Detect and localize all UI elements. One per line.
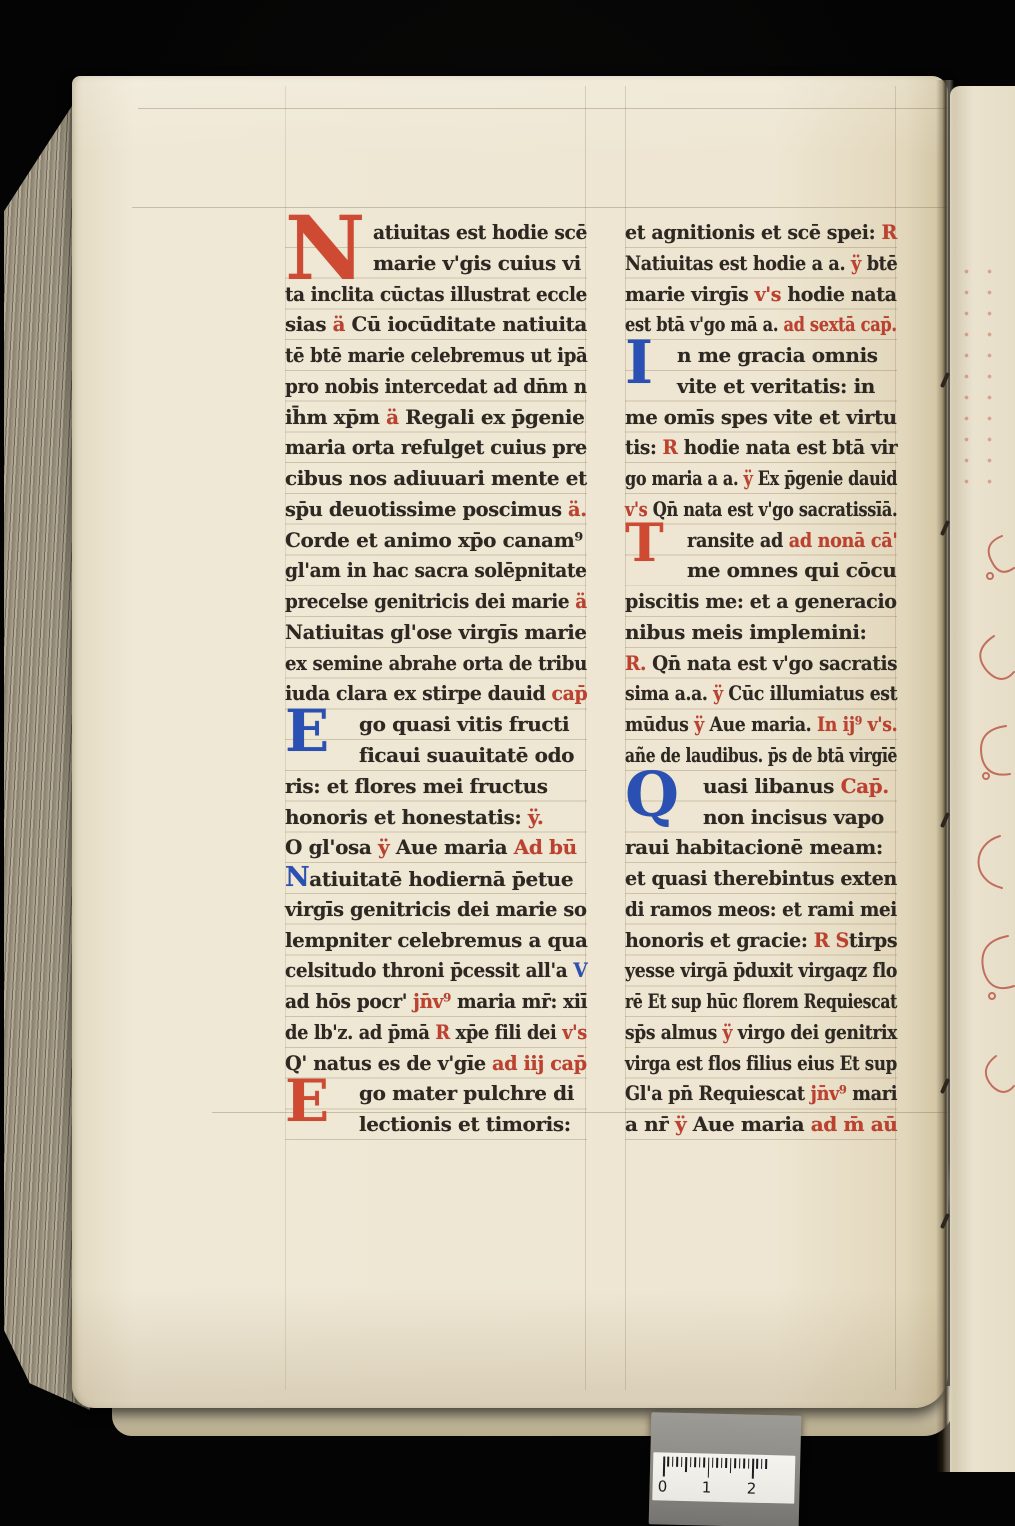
ruler-tick <box>690 1457 692 1467</box>
ruler-tick <box>756 1459 758 1469</box>
illuminated-initial-I: I <box>625 336 653 390</box>
manuscript-line: rē Et sup hūc florem Requiescat <box>625 986 897 1017</box>
text-run-ink: Qn̄ nata est v'go sacratis <box>652 651 897 675</box>
text-run-ink: sias <box>285 312 333 336</box>
text-run-red: ä. <box>568 497 587 521</box>
text-run-red: ä <box>333 312 352 336</box>
red-speckles <box>955 261 1010 491</box>
scale-ruler: 0 1 2 <box>649 1412 802 1526</box>
text-run-ink: mūdus <box>625 712 694 736</box>
text-run-ink: ad hōs pocr' <box>285 989 413 1013</box>
manuscript-line: ficaui suauitatē odo <box>285 740 587 771</box>
manuscript-line: go mater pulchre di <box>285 1078 587 1109</box>
text-run-ink: lectionis et timoris: <box>359 1112 571 1136</box>
text-run-ink: et quasi therebintus exten <box>625 866 897 890</box>
manuscript-line: Natiuitatē hodiernā p̄etue <box>285 863 587 894</box>
manuscript-line: ad hōs pocr' jn̄v⁹ maria mr̄: xiī <box>285 986 587 1017</box>
ruling-line-header <box>132 207 948 208</box>
text-run-ink: maria mr̄: xiī <box>457 989 587 1013</box>
text-run-ink: xp̄e fili dei <box>456 1020 563 1044</box>
text-run-ink: me omnes qui cōcu <box>687 558 896 582</box>
manuscript-line: R. Qn̄ nata est v'go sacratis <box>625 648 897 679</box>
text-run-ink: sima a.a. <box>625 681 713 705</box>
text-run-ink: di ramos meos: et rami mei <box>625 897 897 921</box>
manuscript-line: sias ä Cū iocūditate natiuita <box>285 309 587 340</box>
text-run-blue: V <box>573 958 587 982</box>
ruler-tick <box>739 1458 741 1468</box>
text-run-ink: Aue maria <box>396 835 514 859</box>
ruler-tick <box>721 1458 723 1468</box>
manuscript-line: Gl'a pn̄ Requiescat jn̄v⁹ mari <box>625 1078 897 1109</box>
text-run-red: v's <box>562 1020 587 1044</box>
manuscript-line: lempniter celebremus a qua <box>285 925 587 956</box>
manuscript-line: lectionis et timoris: <box>285 1109 587 1140</box>
manuscript-line: ris: et flores mei fructus <box>285 771 587 802</box>
text-run-ink: de lb'z. ad p̄mā <box>285 1020 435 1044</box>
text-run-ink: virga est flos filius eius Et sup <box>625 1051 897 1075</box>
text-run-red: R S <box>814 928 849 952</box>
text-run-ink: Natiuitas est hodie a a. <box>625 251 851 275</box>
text-run-red: ÿ <box>694 712 709 736</box>
text-run-ink: Aue maria. <box>710 712 818 736</box>
text-run-red: jn̄v⁹ <box>811 1081 853 1105</box>
text-run-red: ÿ <box>851 251 867 275</box>
ruler-tick <box>668 1457 670 1467</box>
text-run-red: ad m̄ aū <box>811 1112 898 1136</box>
text-run-red: ad nonā cā' <box>789 528 898 552</box>
manuscript-line: cibus nos adiuuari mente et <box>285 463 587 494</box>
ruler-tick <box>734 1458 736 1468</box>
text-run-red: cap̄ <box>552 681 588 705</box>
text-run-red: v's <box>755 282 788 306</box>
text-run-ink: n me gracia omnis <box>677 343 878 367</box>
ruler-tick <box>752 1459 754 1479</box>
text-run-ink: Cū iocūditate natiuita <box>352 312 587 336</box>
text-run-ink: uasi libanus <box>703 774 841 798</box>
manuscript-line: iuda clara ex stirpe dauid cap̄ <box>285 678 587 709</box>
text-run-ink: go mater pulchre di <box>359 1081 574 1105</box>
text-run-ink: atiuitatē hodiernā p̄etue <box>309 867 573 891</box>
text-run-ink: hodie nata est btā vir <box>684 435 898 459</box>
manuscript-line: nibus meis implemini: <box>625 617 897 648</box>
manuscript-line: tē btē marie celebremus ut ipā <box>285 340 587 371</box>
text-run-red: ad iij cap̄ <box>492 1051 587 1075</box>
text-run-ink: Corde et animo xp̄o canam⁹ <box>285 528 583 552</box>
manuscript-line: et quasi therebintus exten <box>625 863 897 894</box>
text-run-ink: virgo dei genitrix <box>738 1020 897 1044</box>
text-run-red: ä <box>386 405 405 429</box>
manuscript-photo: Natiuitas est hodie scēmarie v'gis cuius… <box>0 0 1015 1526</box>
manuscript-line: me omīs spes vite et virtu <box>625 402 897 433</box>
ruler-tick <box>694 1457 696 1467</box>
text-run-ink: cibus nos adiuuari mente et <box>285 466 587 490</box>
ruler-strip: 0 1 2 <box>652 1452 795 1503</box>
manuscript-line: Natiuitas gl'ose virgīs marie <box>285 617 587 648</box>
ruler-tick <box>716 1458 718 1468</box>
ruler-tick <box>676 1457 678 1467</box>
text-run-ink: btē <box>867 251 898 275</box>
manuscript-line: a nr̄ ÿ Aue maria ad m̄ aū <box>625 1109 897 1140</box>
manuscript-line: sima a.a. ÿ Cūc illumiatus est <box>625 678 897 709</box>
ruler-tick <box>703 1457 705 1467</box>
manuscript-line: ex semine abrahe orta de tribu <box>285 648 587 679</box>
illuminated-initial-Q: Q <box>625 767 679 823</box>
text-run-ink: lempniter celebremus a qua <box>285 928 587 952</box>
text-run-red: ÿ <box>722 1020 737 1044</box>
text-run-red: R. <box>625 651 652 675</box>
manuscript-line: Corde et animo xp̄o canam⁹ <box>285 525 587 556</box>
text-run-ink: tirps <box>849 928 897 952</box>
manuscript-line: virga est flos filius eius Et sup <box>625 1048 897 1079</box>
text-run-ink: Ex p̄genie dauid <box>758 466 897 490</box>
text-run-ink: sp̄u deuotissime poscimus <box>285 497 568 521</box>
ruler-tick <box>725 1458 727 1468</box>
text-run-ink: yesse virgā p̄duxit virgaqz flo <box>625 958 897 982</box>
text-run-ink: tē btē marie celebremus ut ipā <box>285 343 587 367</box>
text-run-ink: hodie nata <box>787 282 896 306</box>
manuscript-line: ransite ad ad nonā cā' <box>625 525 897 556</box>
manuscript-line: sp̄s almus ÿ virgo dei genitrix <box>625 1017 897 1048</box>
text-run-red: R <box>435 1020 455 1044</box>
manuscript-line: sp̄u deuotissime poscimus ä. <box>285 494 587 525</box>
text-run-ink: Aue maria <box>693 1112 811 1136</box>
ruler-tick <box>672 1457 674 1467</box>
manuscript-line: v's Qn̄ nata est v'go sacratissīā. <box>625 494 897 525</box>
text-run-ink: Regali ex p̄genie <box>405 405 584 429</box>
manuscript-line: honoris et honestatis: ÿ. <box>285 802 587 833</box>
manuscript-line: piscitis me: et a generacio <box>625 586 897 617</box>
manuscript-line: precelse genitricis dei marie ä <box>285 586 587 617</box>
text-run-red: ÿ <box>713 681 728 705</box>
ruler-tick <box>743 1458 745 1468</box>
text-run-red: Cap̄. <box>841 774 889 798</box>
manuscript-line: honoris et gracie: R Stirps <box>625 925 897 956</box>
manuscript-line: Q' natus es de v'gīe ad iij cap̄ <box>285 1048 587 1079</box>
illuminated-initial-N: N <box>285 209 365 288</box>
text-run-ink: honoris et gracie: <box>625 928 814 952</box>
manuscript-line: yesse virgā p̄duxit virgaqz flo <box>625 955 897 986</box>
ruler-tick <box>681 1457 683 1467</box>
manuscript-line: tis: R hodie nata est btā vir <box>625 432 897 463</box>
manuscript-line: gl'am in hac sacra solēpnitate <box>285 555 587 586</box>
ruler-label-1: 1 <box>699 1478 713 1496</box>
text-run-ink: gl'am in hac sacra solēpnitate <box>285 558 587 582</box>
manuscript-line: pro nobis intercedat ad dn̄m n <box>285 371 587 402</box>
text-run-ink: nibus meis implemini: <box>625 620 867 644</box>
manuscript-line: celsitudo throni p̄cessit all'a V <box>285 955 587 986</box>
text-run-ink: go quasi vitis fructi <box>359 712 569 736</box>
manuscript-line: est btā v'go mā a. ad sextā cap̄. <box>625 309 897 340</box>
text-run-ink: precelse genitricis dei marie <box>285 589 575 613</box>
text-run-ink: ris: et flores mei fructus <box>285 774 548 798</box>
text-run-red: Ad bū <box>514 835 577 859</box>
text-run-ink: raui habitacionē meam: <box>625 835 883 859</box>
text-run-ink: O gl'osa <box>285 835 378 859</box>
ruler-label-2: 2 <box>744 1479 758 1497</box>
text-run-ink: ransite ad <box>687 528 789 552</box>
text-run-ink: marie v'gis cuius vi <box>373 251 581 275</box>
text-run-red: R <box>882 220 897 244</box>
manuscript-line: et agnitionis et scē spei: R <box>625 217 897 248</box>
manuscript-line: raui habitacionē meam: <box>625 832 897 863</box>
text-run-ink: honoris et honestatis: <box>285 805 528 829</box>
text-run-ink: rē Et sup hūc florem Requiescat <box>625 989 897 1013</box>
ruler-tick <box>765 1459 767 1469</box>
text-run-ink: Natiuitas gl'ose virgīs marie <box>285 620 587 644</box>
manuscript-line: di ramos meos: et rami mei <box>625 894 897 925</box>
manuscript-line: go quasi vitis fructi <box>285 709 587 740</box>
red-penwork-flourish <box>950 516 1015 1136</box>
text-run-ink: et agnitionis et scē spei: <box>625 220 882 244</box>
illuminated-initial-T: T <box>625 521 664 568</box>
illuminated-initial-E: E <box>285 1075 329 1127</box>
ruler-label-0: 0 <box>655 1477 669 1495</box>
text-run-red: R <box>663 435 684 459</box>
manuscript-line: ih̄m xp̄m ä Regali ex p̄genie <box>285 402 587 433</box>
text-run-red: ÿ. <box>528 805 544 829</box>
manuscript-line: vite et veritatis: in <box>625 371 897 402</box>
text-run-ink: maria orta refulget cuius pre <box>285 435 587 459</box>
ruler-tick <box>730 1458 732 1473</box>
ruler-tick <box>685 1457 687 1472</box>
ruler-tick <box>761 1459 763 1469</box>
text-run-ink: piscitis me: et a generacio <box>625 589 897 613</box>
manuscript-line: virgīs genitricis dei marie so <box>285 894 587 925</box>
illuminated-initial-E: E <box>285 705 329 757</box>
ruler-tick <box>712 1458 714 1468</box>
text-run-ink: vite et veritatis: in <box>677 374 875 398</box>
text-run-ink: Cūc illumiatus est <box>728 681 897 705</box>
manuscript-line: de lb'z. ad p̄mā R xp̄e fili dei v's <box>285 1017 587 1048</box>
text-run-ink: ficaui suauitatē odo <box>359 743 574 767</box>
manuscript-line: n me gracia omnis <box>625 340 897 371</box>
text-run-ink: ih̄m xp̄m <box>285 405 386 429</box>
text-run-ink: atiuitas est hodie scē <box>373 220 587 244</box>
left-page: Natiuitas est hodie scēmarie v'gis cuius… <box>72 76 948 1408</box>
text-run-ink: Qn̄ nata est v'go sacratissīā. <box>653 497 898 521</box>
manuscript-line: O gl'osa ÿ Aue maria Ad bū <box>285 832 587 863</box>
manuscript-line: me omnes qui cōcu <box>625 555 897 586</box>
ruler-tick <box>707 1458 709 1478</box>
text-run-red: ÿ <box>378 835 396 859</box>
text-run-ink: pro nobis intercedat ad dn̄m n <box>285 374 587 398</box>
manuscript-line: marie virgīs v's hodie nata <box>625 279 897 310</box>
manuscript-line: go maria a a. ÿ Ex p̄genie dauid <box>625 463 897 494</box>
text-run-ink: go maria a a. <box>625 466 743 490</box>
text-run-ink: Gl'a pn̄ Requiescat <box>625 1081 811 1105</box>
manuscript-line: Natiuitas est hodie a a. ÿ btē <box>625 248 897 279</box>
text-run-ink: virgīs genitricis dei marie so <box>285 897 587 921</box>
ruling-line-top <box>138 108 948 109</box>
manuscript-line: mūdus ÿ Aue maria. In ij⁹ v's. <box>625 709 897 740</box>
text-column-right: et agnitionis et scē spei: RNatiuitas es… <box>625 217 897 1143</box>
text-run-red: ÿ <box>743 466 757 490</box>
text-run-ink: a nr̄ <box>625 1112 675 1136</box>
text-run-ink: non incisus vapo <box>703 805 884 829</box>
text-run-red: ÿ <box>675 1112 693 1136</box>
right-page-sliver <box>950 86 1015 1472</box>
text-run-red: ad sextā cap̄. <box>783 312 896 336</box>
text-run-ink: tis: <box>625 435 663 459</box>
ruler-tick <box>699 1457 701 1467</box>
text-run-ink: mari <box>852 1081 897 1105</box>
text-run-ink: me omīs spes vite et virtu <box>625 405 897 429</box>
text-run-ink: celsitudo throni p̄cessit all'a <box>285 958 573 982</box>
text-run-red: jn̄v⁹ <box>413 989 457 1013</box>
ruler-tick <box>748 1459 750 1469</box>
text-column-left: Natiuitas est hodie scēmarie v'gis cuius… <box>285 217 587 1143</box>
gutter-seam <box>936 80 954 1472</box>
manuscript-line: maria orta refulget cuius pre <box>285 432 587 463</box>
ruler-tick <box>663 1456 665 1476</box>
text-run-ink: sp̄s almus <box>625 1020 722 1044</box>
illuminated-initial-N: N <box>285 862 309 893</box>
text-run-red: In ij⁹ v's. <box>817 712 897 736</box>
text-run-ink: marie virgīs <box>625 282 755 306</box>
ruler-labels: 0 1 2 <box>652 1477 794 1500</box>
text-run-ink: ex semine abrahe orta de tribu <box>285 651 587 675</box>
text-run-red: ä <box>575 589 587 613</box>
